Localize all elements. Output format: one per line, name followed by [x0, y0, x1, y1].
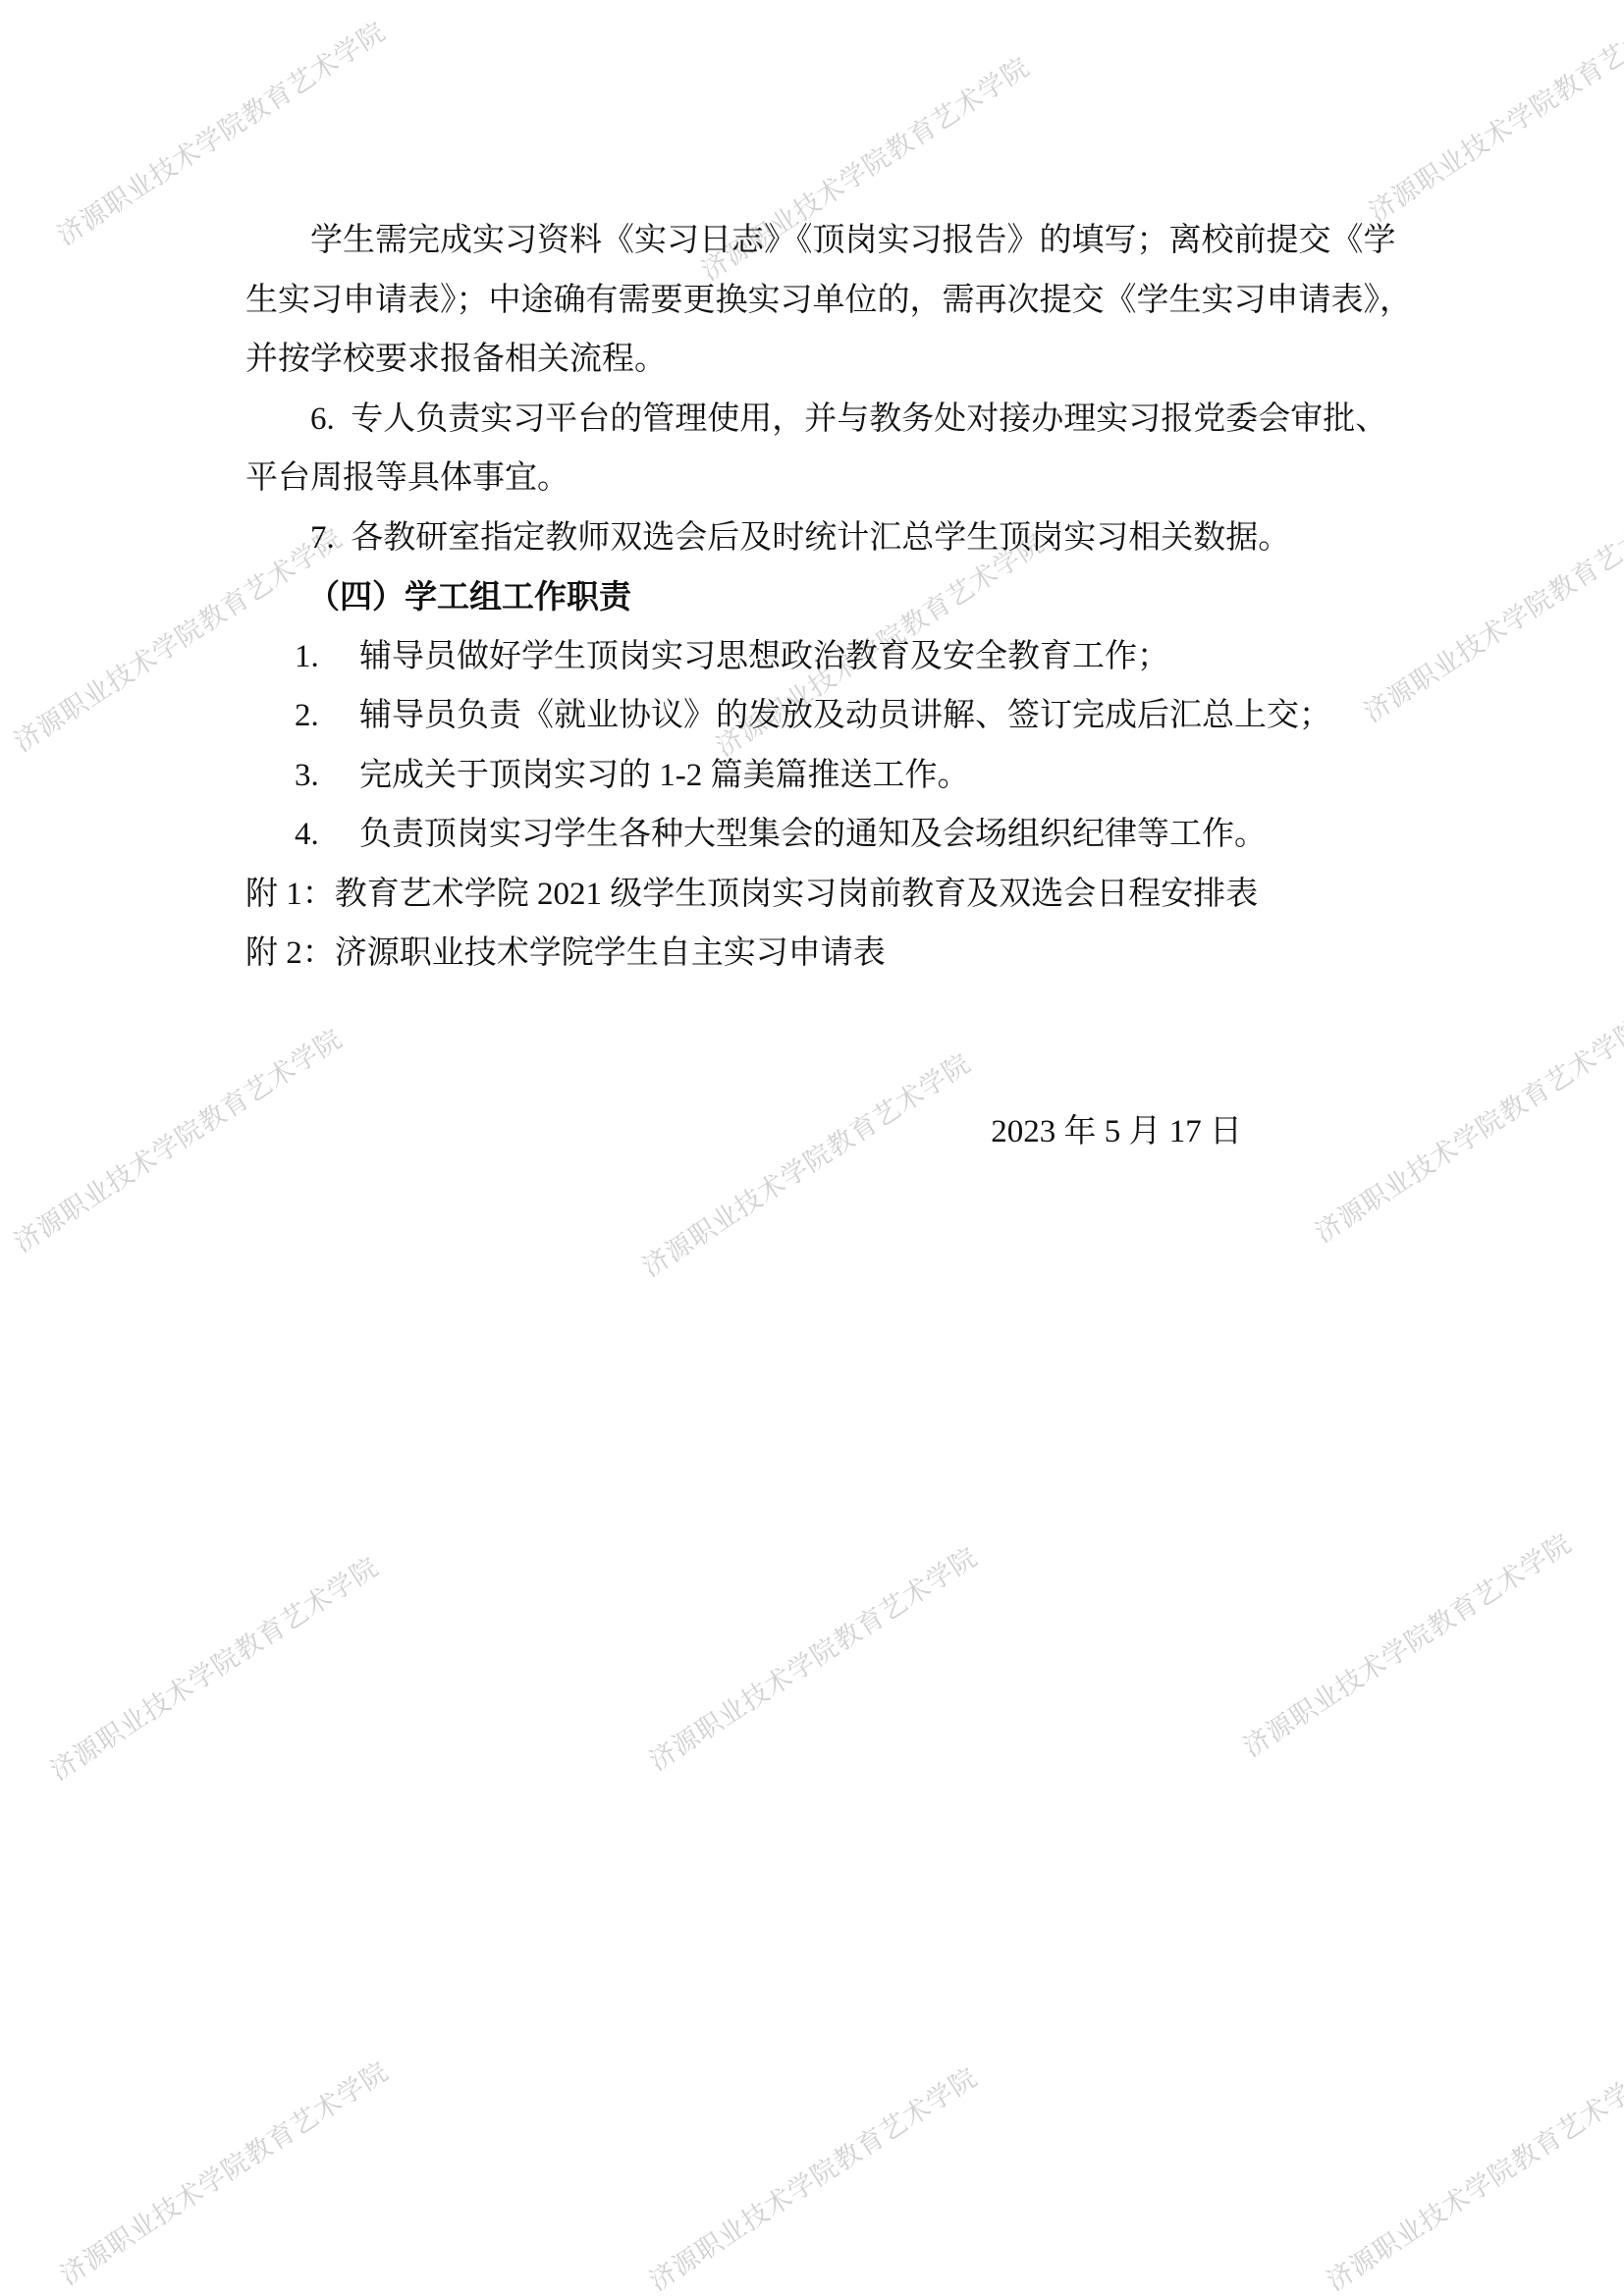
- doc-line: 学生需完成实习资料《实习日志》《顶岗实习报告》的填写；离校前提交《学: [245, 211, 1453, 271]
- section-heading: （四）学工组工作职责: [245, 567, 1453, 627]
- watermark-text: 济源职业技术学院教育艺术学院: [41, 1546, 385, 1788]
- doc-line: 4. 负责顶岗实习学生各种大型集会的通知及会场组织纪律等工作。: [245, 805, 1453, 865]
- document-page: 济源职业技术学院教育艺术学院济源职业技术学院教育艺术学院济源职业技术学院教育艺术…: [0, 0, 1624, 2296]
- doc-line: 平台周报等具体事宜。: [245, 449, 1453, 508]
- doc-line: [245, 984, 1453, 1043]
- doc-line: 1. 辅导员做好学生顶岗实习思想政治教育及安全教育工作；: [245, 627, 1453, 687]
- doc-line: 6. 专人负责实习平台的管理使用，并与教务处对接办理实习报党委会审批、: [245, 390, 1453, 450]
- doc-line: 附 2：济源职业技术学院学生自主实习申请表: [245, 924, 1453, 984]
- doc-line: 2. 辅导员负责《就业协议》的发放及动员讲解、签订完成后汇总上交；: [245, 686, 1453, 746]
- watermark-text: 济源职业技术学院教育艺术学院: [640, 1536, 984, 1778]
- doc-line: [245, 1042, 1453, 1102]
- watermark-text: 济源职业技术学院教育艺术学院: [1318, 2056, 1624, 2296]
- watermark-text: 济源职业技术学院教育艺术学院: [51, 2051, 395, 2292]
- date-line: 2023 年 5 月 17 日: [245, 1102, 1453, 1162]
- doc-line: 3. 完成关于顶岗实习的 1-2 篇美篇推送工作。: [245, 746, 1453, 806]
- doc-line: 并按学校要求报备相关流程。: [245, 330, 1453, 390]
- doc-line: 附 1：教育艺术学院 2021 级学生顶岗实习岗前教育及双选会日程安排表: [245, 865, 1453, 925]
- watermark-text: 济源职业技术学院教育艺术学院: [1234, 1522, 1578, 1764]
- doc-line: 7. 各教研室指定教师双选会后及时统计汇总学生顶岗实习相关数据。: [245, 508, 1453, 568]
- document-content: 学生需完成实习资料《实习日志》《顶岗实习报告》的填写；离校前提交《学生实习申请表…: [245, 211, 1453, 1161]
- watermark-text: 济源职业技术学院教育艺术学院: [640, 2056, 984, 2296]
- watermark-text: 济源职业技术学院教育艺术学院: [1360, 0, 1624, 229]
- doc-line: 生实习申请表》；中途确有需要更换实习单位的，需再次提交《学生实习申请表》，: [245, 271, 1453, 331]
